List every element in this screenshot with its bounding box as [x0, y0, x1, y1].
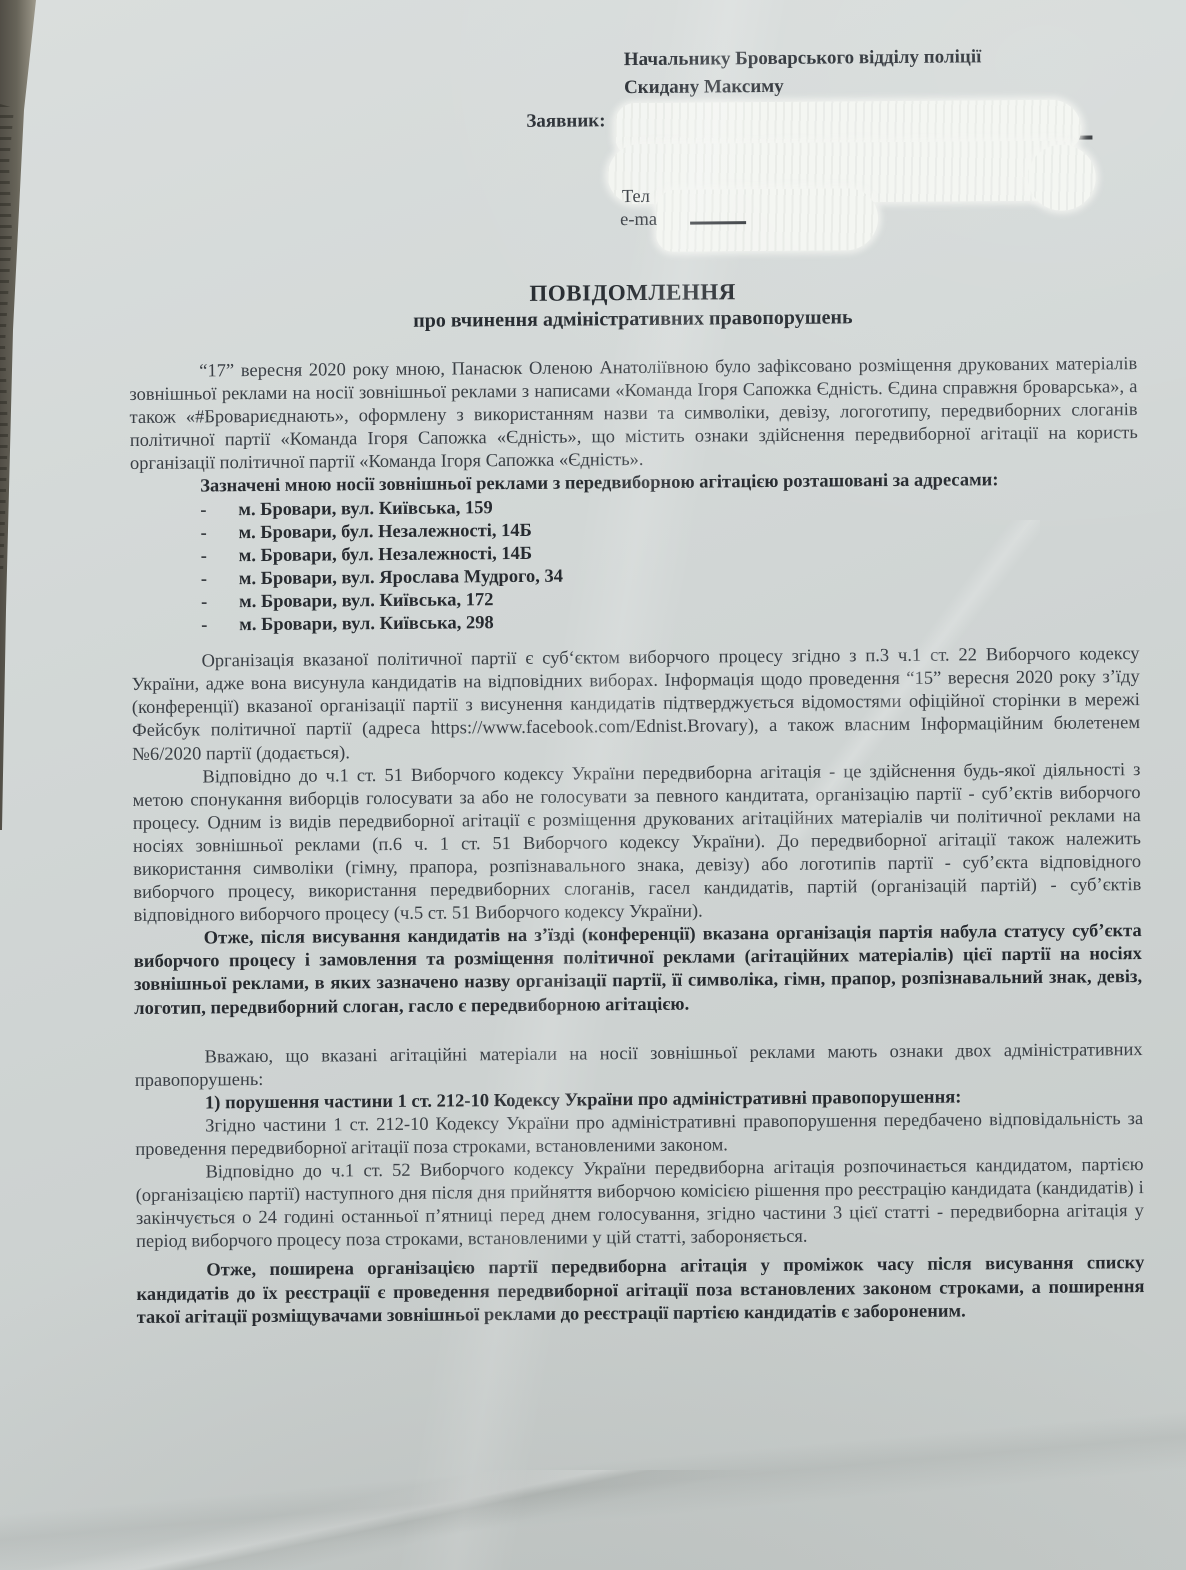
paragraph-final-conclusion: Отже, поширена організацією партії перед…: [136, 1253, 1145, 1330]
phone-label: Тел: [622, 187, 650, 208]
list-dash-marker: -: [200, 522, 238, 545]
scanned-document-photo: Начальнику Броварського відділу поліції …: [0, 0, 1186, 1570]
list-dash-marker: -: [201, 591, 239, 614]
list-dash-marker: -: [201, 614, 239, 637]
paragraph-two-violations: Вважаю, що вказані агітаційні матеріали …: [135, 1039, 1143, 1093]
applicant-label: Заявник:: [526, 110, 605, 133]
paragraph-article-52: Відповідно до ч.1 ст. 52 Виборчого кодек…: [135, 1154, 1144, 1254]
email-label: e-ma: [620, 210, 657, 231]
paragraph-article-51: Відповідно до ч.1 ст. 51 Виборчого кодек…: [132, 759, 1141, 929]
paragraph-party-subject: Організація вказаної політичної партії є…: [131, 643, 1140, 766]
paragraph-article-212-10: Згідно частини 1 ст. 212-10 Кодексу Укра…: [135, 1108, 1143, 1162]
title-block: ПОВІДОМЛЕННЯ про вчинення адміністративн…: [129, 276, 1137, 335]
whiteout-redaction: [1028, 144, 1097, 211]
document-page: Начальнику Броварського відділу поліції …: [0, 0, 1186, 1570]
recipient-line2: Скидану Максиму: [624, 71, 1054, 102]
list-dash-marker: -: [201, 545, 239, 568]
recipient-line1: Начальнику Броварського відділу поліції: [624, 43, 1054, 74]
list-dash-marker: -: [200, 499, 238, 522]
whiteout-redaction: [656, 188, 878, 252]
document-body: “17” вересня 2020 року мною, Панасюк Оле…: [129, 353, 1145, 1330]
recipient-block: Начальнику Броварського відділу поліції …: [624, 43, 1054, 102]
paragraph-conclusion-status: Отже, після висування кандидатів на з’їз…: [134, 920, 1143, 1020]
redacted-underline-fragment: [690, 221, 746, 224]
paragraph-incident: “17” вересня 2020 року мною, Панасюк Оле…: [129, 353, 1138, 476]
list-dash-marker: -: [201, 568, 239, 591]
